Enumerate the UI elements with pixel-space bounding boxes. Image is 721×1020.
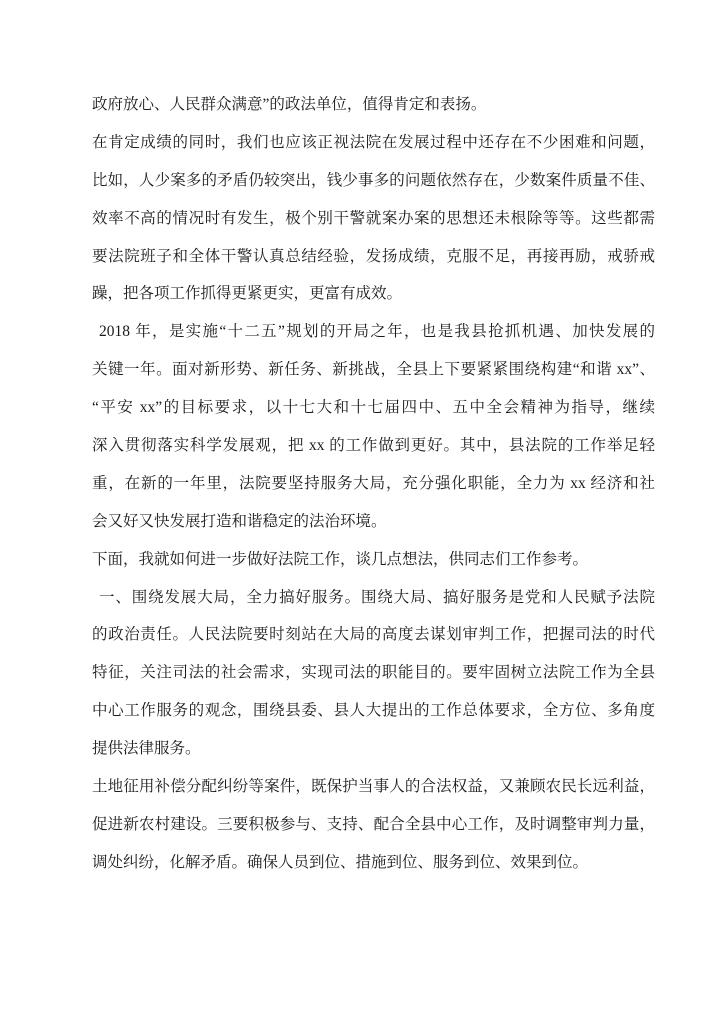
text-line: 一、围绕发展大局，全力搞好服务。围绕大局、搞好服务是党和人民赋予法院	[92, 579, 655, 617]
text-line: 下面，我就如何进一步做好法院工作，谈几点想法，供同志们工作参考。	[92, 541, 655, 579]
text-line: 的政治责任。人民法院要时刻站在大局的高度去谋划审判工作，把握司法的时代	[92, 616, 655, 654]
text-line: 重，在新的一年里，法院要坚持服务大局，充分强化职能，全力为 xx 经济和社	[92, 465, 655, 503]
text-line: 关键一年。面对新形势、新任务、新挑战，全县上下要紧紧围绕构建“和谐 xx”、	[92, 351, 655, 389]
document-text-block: 政府放心、人民群众满意”的政法单位，值得肯定和表扬。 在肯定成绩的同时，我们也应…	[92, 86, 655, 882]
text-line: 土地征用补偿分配纠纷等案件，既保护当事人的合法权益，又兼顾农民长远利益，	[92, 768, 655, 806]
text-line: 在肯定成绩的同时，我们也应该正视法院在发展过程中还存在不少困难和问题，	[92, 124, 655, 162]
text-line: 比如，人少案多的矛盾仍较突出，钱少事多的问题依然存在，少数案件质量不佳、	[92, 162, 655, 200]
document-page: 政府放心、人民群众满意”的政法单位，值得肯定和表扬。 在肯定成绩的同时，我们也应…	[0, 0, 721, 1020]
text-line: 效率不高的情况时有发生，极个别干警就案办案的思想还未根除等等。这些都需	[92, 200, 655, 238]
text-line: 促进新农村建设。三要积极参与、支持、配合全县中心工作，及时调整审判力量，	[92, 806, 655, 844]
text-line: 要法院班子和全体干警认真总结经验，发扬成绩，克服不足，再接再励，戒骄戒	[92, 238, 655, 276]
text-line: 会又好又快发展打造和谐稳定的法治环境。	[92, 503, 655, 541]
text-line: “平安 xx”的目标要求，以十七大和十七届四中、五中全会精神为指导，继续	[92, 389, 655, 427]
text-line: 调处纠纷，化解矛盾。确保人员到位、措施到位、服务到位、效果到位。	[92, 844, 655, 882]
text-line: 提供法律服务。	[92, 730, 655, 768]
text-line: 政府放心、人民群众满意”的政法单位，值得肯定和表扬。	[92, 86, 655, 124]
text-line: 特征，关注司法的社会需求，实现司法的职能目的。要牢固树立法院工作为全县	[92, 654, 655, 692]
text-line: 中心工作服务的观念，围绕县委、县人大提出的工作总体要求，全方位、多角度	[92, 692, 655, 730]
text-line: 深入贯彻落实科学发展观，把 xx 的工作做到更好。其中，县法院的工作举足轻	[92, 427, 655, 465]
text-line: 躁，把各项工作抓得更紧更实，更富有成效。	[92, 275, 655, 313]
text-line: 2018 年，是实施“十二五”规划的开局之年，也是我县抢抓机遇、加快发展的	[92, 313, 655, 351]
